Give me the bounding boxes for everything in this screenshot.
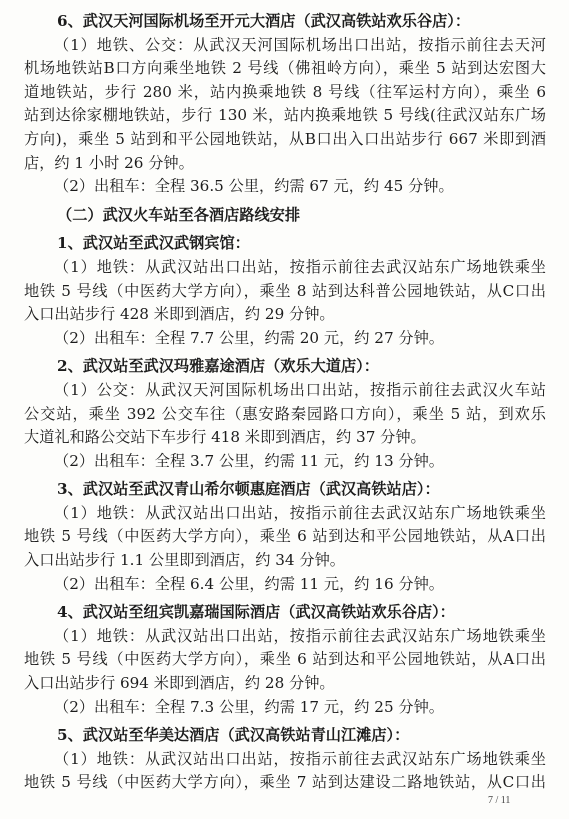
section-heading-train-station: （二）武汉火车站至各酒店路线安排 xyxy=(24,204,546,228)
document-page: 6、武汉天河国际机场至开元大酒店（武汉高铁站欢乐谷店）： （1）地铁、公交：从武… xyxy=(0,0,569,819)
taxi-info-line: （2）出租车：全程 6.4 公里，约需 11 元，约 16 分钟。 xyxy=(24,573,546,597)
taxi-info-line: （2）出租车：全程 7.7 公里，约需 20 元，约 27 分钟。 xyxy=(24,327,546,351)
route-text-line: （1）地铁：从武汉站出口出站，按指示前往去武汉站东广场地铁乘坐 xyxy=(24,748,546,772)
route-heading-maya: 2、武汉站至武汉玛雅嘉途酒店（欢乐大道店）： xyxy=(24,355,546,379)
route-text-line: 入口出站步行 1.1 公里即到酒店，约 34 分钟。 xyxy=(24,549,546,573)
taxi-info-line: （2）出租车：全程 7.3 公里，约需 17 元，约 25 分钟。 xyxy=(24,696,546,720)
route-text-line: 方向)，乘坐 5 站到和平公园地铁站，从B口出入口出站步行 667 米即到酒 xyxy=(24,128,546,152)
document-body: 6、武汉天河国际机场至开元大酒店（武汉高铁站欢乐谷店）： （1）地铁、公交：从武… xyxy=(24,10,546,795)
route-heading-hilton: 3、武汉站至武汉青山希尔顿惠庭酒店（武汉高铁站店）： xyxy=(24,478,546,502)
route-text-line: 地铁 5 号线（中医药大学方向），乘坐 6 站到达和平公园地铁站，从A口出 xyxy=(24,648,546,672)
route-text-line: 地铁 5 号线（中医药大学方向），乘坐 6 站到达和平公园地铁站，从A口出 xyxy=(24,525,546,549)
route-text-line: 地铁 5 号线（中医药大学方向），乘坐 7 站到达建设二路地铁站，从C口出 xyxy=(24,771,546,795)
route-text-line: （1）地铁、公交：从武汉天河国际机场出口出站，按指示前往去天河 xyxy=(24,34,546,58)
route-text-line: 道地铁站，步行 280 米，站内换乘地铁 8 号线（往军运村方向），乘坐 6 xyxy=(24,81,546,105)
route-text-line: 站到达徐家棚地铁站，步行 130 米，站内换乘地铁 5 号线(往武汉站东广场 xyxy=(24,104,546,128)
route-text-line: 公交站，乘坐 392 公交车往（惠安路秦园路口方向），乘坐 5 站，到欢乐 xyxy=(24,403,546,427)
route-text-line: 地铁 5 号线（中医药大学方向），乘坐 8 站到达科普公园地铁站，从C口出 xyxy=(24,280,546,304)
route-text-line: 店，约 1 小时 26 分钟。 xyxy=(24,152,546,176)
taxi-info-line: （2）出租车：全程 3.7 公里，约需 11 元，约 13 分钟。 xyxy=(24,450,546,474)
taxi-info-line: （2）出租车：全程 36.5 公里，约需 67 元，约 45 分钟。 xyxy=(24,175,546,199)
route-text-line: 入口出站步行 428 米即到酒店，约 29 分钟。 xyxy=(24,303,546,327)
route-text-line: 入口出站步行 694 米即到酒店，约 28 分钟。 xyxy=(24,672,546,696)
route-text-line: （1）公交：从武汉天河国际机场出口出站，按指示前往去武汉火车站 xyxy=(24,379,546,403)
route-heading-ramada: 5、武汉站至华美达酒店（武汉高铁站青山江滩店）： xyxy=(24,724,546,748)
route-text-line: （1）地铁：从武汉站出口出站，按指示前往去武汉站东广场地铁乘坐 xyxy=(24,502,546,526)
route-text-line: （1）地铁：从武汉站出口出站，按指示前往去武汉站东广场地铁乘坐 xyxy=(24,256,546,280)
route-text-line: （1）地铁：从武汉站出口出站，按指示前往去武汉站东广场地铁乘坐 xyxy=(24,625,546,649)
route-text-line: 大道礼和路公交站下车步行 418 米即到酒店，约 37 分钟。 xyxy=(24,426,546,450)
route-text-line: 机场地铁站B口方向乘坐地铁 2 号线（佛祖岭方向），乘坐 5 站到达宏图大 xyxy=(24,57,546,81)
page-number: 7 / 11 xyxy=(488,795,510,806)
route-heading-wugang: 1、武汉站至武汉武钢宾馆： xyxy=(24,232,546,256)
route-heading-airport-kaiyuan: 6、武汉天河国际机场至开元大酒店（武汉高铁站欢乐谷店）： xyxy=(24,10,546,34)
route-heading-newbeacon: 4、武汉站至纽宾凯嘉瑞国际酒店（武汉高铁站欢乐谷店）： xyxy=(24,601,546,625)
